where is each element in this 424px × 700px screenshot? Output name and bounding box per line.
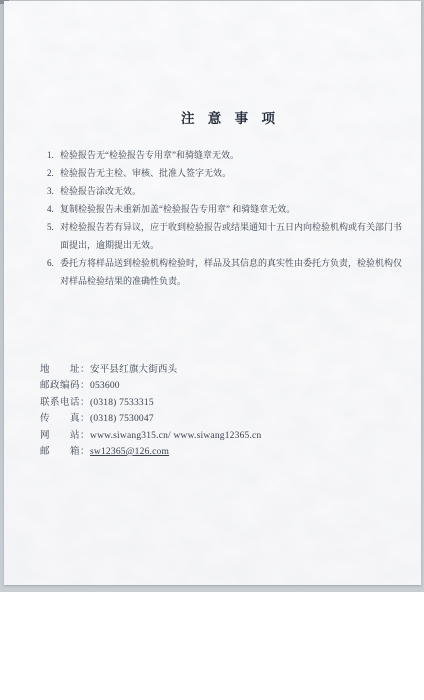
contact-row-address: 地 址：安平县红旗大街西头	[40, 362, 410, 378]
notes-list: 1. 检验报告无“检验报告专用章”和骑缝章无效。 2. 检验报告无主检、审核、批…	[47, 146, 413, 290]
note-text: 对检验报告若有异议，应于收到检验报告或结果通知十五日内向检验机构或有关部门书面提…	[60, 218, 407, 254]
contact-block: 地 址：安平县红旗大街西头 邮政编码：053600 联系电话：(0318) 75…	[40, 362, 410, 460]
note-item-4: 4. 复制检验报告未重新加盖“检验报告专用章” 和骑缝章无效。	[47, 200, 413, 218]
note-text: 委托方将样品送到检验机构检验时，样品及其信息的真实性由委托方负责，检验机构仅对样…	[60, 254, 407, 290]
contact-label-email: 邮 箱：	[40, 447, 90, 457]
note-item-5: 5. 对检验报告若有异议，应于收到检验报告或结果通知十五日内向检验机构或有关部门…	[47, 218, 413, 254]
contact-row-phone: 联系电话：(0318) 7533315	[40, 395, 410, 411]
contact-value-address: 安平县红旗大街西头	[90, 365, 177, 375]
contact-value-postcode: 053600	[90, 381, 120, 391]
note-number: 2.	[47, 164, 60, 182]
contact-label-postcode: 邮政编码：	[40, 381, 90, 391]
contact-row-website: 网 站：www.siwang315.cn/ www.siwang12365.cn	[40, 428, 410, 444]
contact-label-website: 网 站：	[40, 431, 90, 441]
note-item-6: 6. 委托方将样品送到检验机构检验时，样品及其信息的真实性由委托方负责，检验机构…	[47, 254, 413, 290]
note-number: 4.	[47, 200, 60, 218]
contact-label-fax: 传 真：	[40, 414, 90, 424]
page-title: 注 意 事 项	[22, 107, 421, 127]
contact-value-website: www.siwang315.cn/ www.siwang12365.cn	[90, 431, 261, 441]
contact-label-phone: 联系电话：	[40, 398, 90, 408]
note-text: 复制检验报告未重新加盖“检验报告专用章” 和骑缝章无效。	[60, 200, 407, 218]
note-item-3: 3. 检验报告涂改无效。	[47, 182, 413, 200]
paper-page: 注 意 事 项 1. 检验报告无“检验报告专用章”和骑缝章无效。 2. 检验报告…	[4, 1, 421, 585]
contact-value-email: sw12365@126.com	[90, 447, 169, 457]
contact-row-fax: 传 真：(0318) 7530047	[40, 411, 410, 427]
contact-row-postcode: 邮政编码：053600	[40, 378, 410, 394]
note-number: 5.	[47, 218, 60, 236]
note-text: 检验报告涂改无效。	[60, 182, 407, 200]
note-number: 1.	[47, 146, 60, 164]
note-item-1: 1. 检验报告无“检验报告专用章”和骑缝章无效。	[47, 146, 413, 164]
screenshot-canvas: 注 意 事 项 1. 检验报告无“检验报告专用章”和骑缝章无效。 2. 检验报告…	[0, 0, 424, 700]
contact-value-fax: (0318) 7530047	[90, 414, 154, 424]
note-number: 3.	[47, 182, 60, 200]
paper-texture	[4, 1, 421, 585]
scan-background: 注 意 事 项 1. 检验报告无“检验报告专用章”和骑缝章无效。 2. 检验报告…	[0, 0, 424, 592]
contact-row-email: 邮 箱：sw12365@126.com	[40, 444, 410, 460]
note-number: 6.	[47, 254, 60, 272]
contact-label-address: 地 址：	[40, 365, 90, 375]
contact-value-phone: (0318) 7533315	[90, 398, 154, 408]
note-text: 检验报告无“检验报告专用章”和骑缝章无效。	[60, 146, 407, 164]
note-text: 检验报告无主检、审核、批准人签字无效。	[60, 164, 407, 182]
note-item-2: 2. 检验报告无主检、审核、批准人签字无效。	[47, 164, 413, 182]
